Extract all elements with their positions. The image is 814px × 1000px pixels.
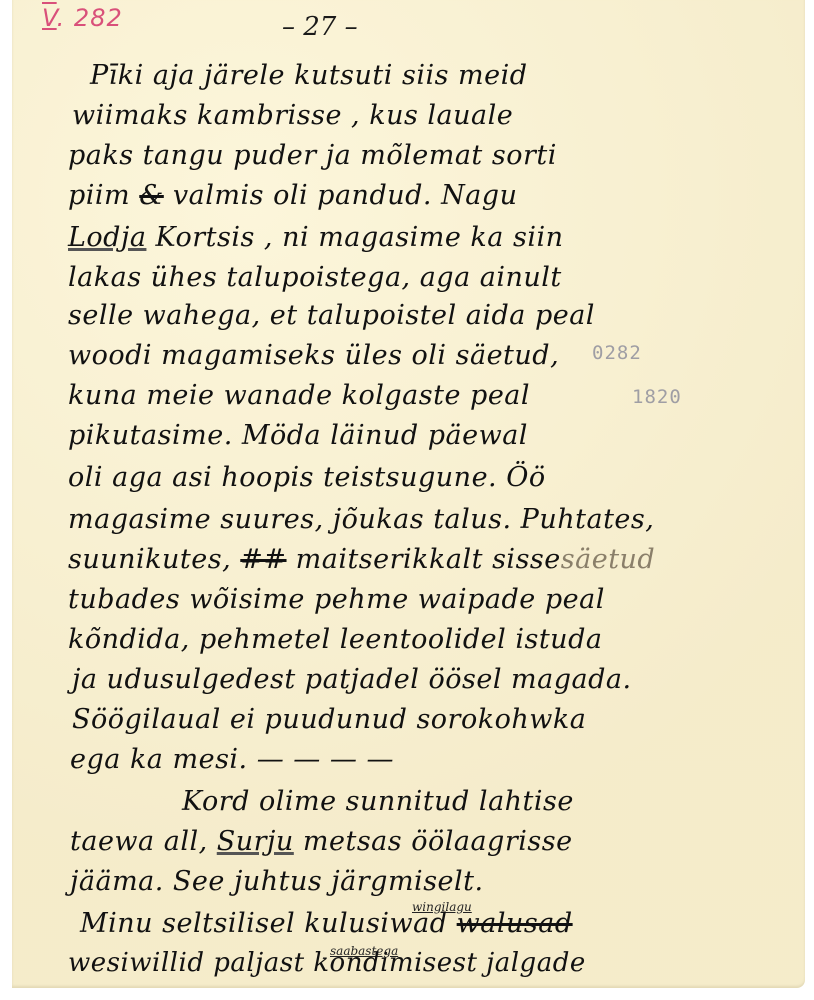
text-line: wesiwillid paljast kondimisest jalgade: [68, 948, 586, 978]
text-line: ega ka mesi. — — — —: [70, 744, 394, 775]
archive-roman: V: [42, 4, 57, 32]
archive-mark: V. 282: [42, 4, 123, 32]
stamp-number: 0282: [592, 342, 642, 364]
text-segment: Minu seltsilisel kulusiwad: [80, 908, 448, 939]
underlined-place-name: Lodja: [68, 222, 146, 253]
text-line: Minu seltsilisel kulusiwad walusad: [80, 908, 573, 939]
faint-text: säetud: [561, 544, 655, 575]
text-line: oli aga asi hoopis teistsugune. Öö: [68, 462, 546, 493]
text-line: suunikutes, ## maitserikkalt sissesäetud: [68, 544, 655, 575]
text-line: tubades wõisime pehme waipade peal: [68, 584, 605, 615]
text-line: woodi magamiseks üles oli säetud,: [68, 340, 559, 371]
text-line: wiimaks kambrisse , kus lauale: [72, 100, 513, 131]
struck-text: &: [139, 180, 164, 211]
struck-text: walusad: [457, 908, 573, 939]
text-line: pikutasime. Möda läinud päewal: [68, 420, 528, 451]
struck-text: ##: [240, 544, 286, 575]
manuscript-page: V. 282 – 27 – 0282 1820 Pīki aja järele …: [12, 0, 805, 988]
text-segment: metsas öölaagrisse: [294, 826, 573, 857]
text-segment: suunikutes,: [68, 544, 231, 575]
text-segment: taewa all,: [70, 826, 217, 857]
text-segment: Kortsis , ni magasime ka siin: [156, 222, 564, 253]
text-line: paks tangu puder ja mõlemat sorti: [68, 140, 557, 171]
text-segment: maitserikkalt sisse: [296, 544, 561, 575]
text-line: Lodja Lodja Kortsis , ni magasime ka sii…: [68, 222, 563, 253]
text-line: selle wahega, et talupoistel aida peal: [68, 300, 595, 331]
stamp-year: 1820: [632, 386, 682, 408]
text-line: piim & valmis oli pandud. Nagu: [68, 180, 517, 211]
text-line: Söögilaual ei puudunud sorokohwka: [72, 704, 586, 735]
text-line: taewa all, Surju metsas öölaagrisse: [70, 826, 573, 857]
underlined-place-name: Surju: [217, 826, 294, 857]
text-segment: valmis oli pandud. Nagu: [173, 180, 518, 211]
text-line: kuna meie wanade kolgaste peal: [68, 380, 530, 411]
archive-number: . 282: [57, 4, 123, 32]
page-number: – 27 –: [282, 12, 358, 42]
text-line: ja udusulgedest patjadel öösel magada.: [72, 664, 632, 695]
text-line: Kord olime sunnitud lahtise: [182, 786, 574, 817]
text-line: lakas ühes talupoistega, aga ainult: [68, 262, 562, 293]
text-segment: piim: [68, 180, 130, 211]
text-line: Pīki aja järele kutsuti siis meid: [90, 60, 528, 91]
text-line: kõndida, pehmetel leentoolidel istuda: [68, 624, 602, 655]
text-line: jääma. See juhtus järgmiselt.: [70, 866, 484, 897]
text-line: magasime suures, jõukas talus. Puhtates,: [68, 504, 654, 535]
